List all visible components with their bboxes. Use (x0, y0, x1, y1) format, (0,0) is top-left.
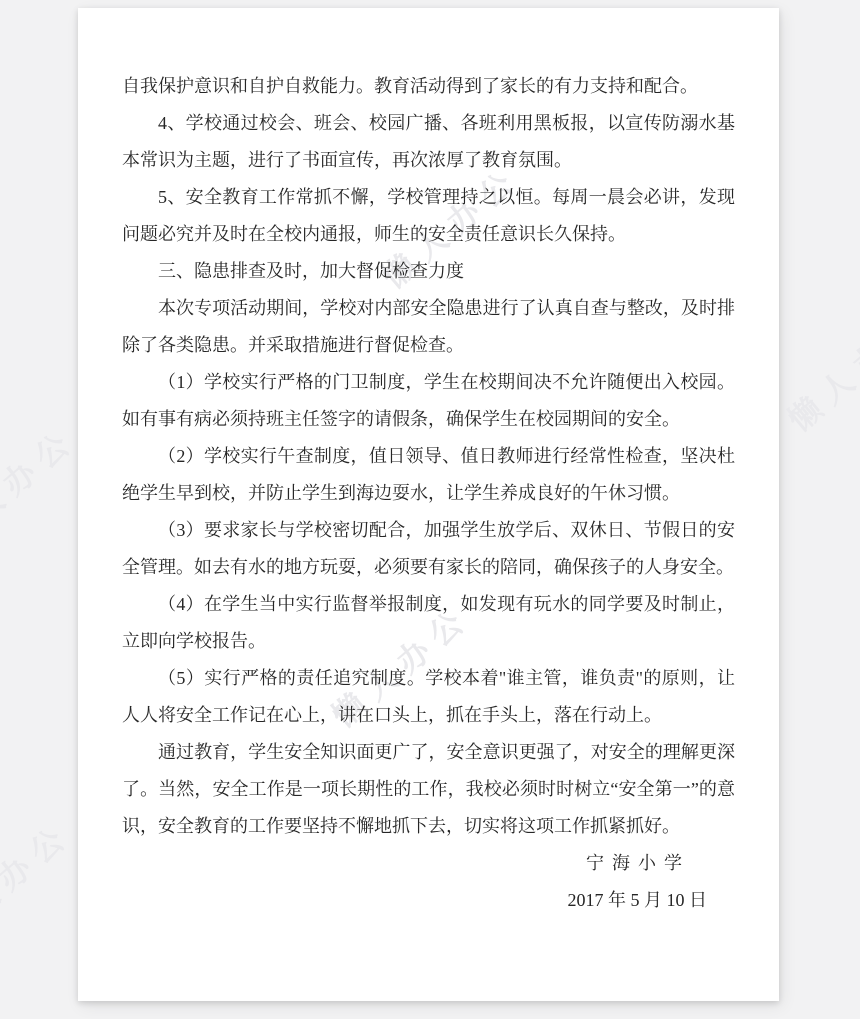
document-content: 自我保护意识和自护自救能力。教育活动得到了家长的有力支持和配合。 4、学校通过校… (78, 8, 779, 919)
paragraph: 自我保护意识和自护自救能力。教育活动得到了家长的有力支持和配合。 (122, 68, 735, 105)
paragraph: 4、学校通过校会、班会、校园广播、各班利用黑板报，以宣传防溺水基本常识为主题，进… (122, 105, 735, 179)
paragraph: （2）学校实行午查制度，值日领导、值日教师进行经常性检查，坚决杜绝学生早到校，并… (122, 438, 735, 512)
watermark: 懒人办公 (777, 297, 860, 440)
paragraph: （3）要求家长与学校密切配合，加强学生放学后、双休日、节假日的安全管理。如去有水… (122, 512, 735, 586)
document-page: 自我保护意识和自护自救能力。教育活动得到了家长的有力支持和配合。 4、学校通过校… (78, 8, 779, 1001)
watermark: 懒人办公 (0, 810, 80, 953)
signature-name: 宁海小学 (122, 845, 735, 882)
paragraph: （5）实行严格的责任追究制度。学校本着"谁主管，谁负责"的原则，让人人将安全工作… (122, 660, 735, 734)
paragraph: 5、安全教育工作常抓不懈，学校管理持之以恒。每周一晨会必讲，发现问题必究并及时在… (122, 179, 735, 253)
paragraph: 通过教育，学生安全知识面更广了，安全意识更强了，对安全的理解更深了。当然，安全工… (122, 734, 735, 845)
watermark: 懒人办公 (0, 415, 85, 558)
section-heading: 三、隐患排查及时，加大督促检查力度 (122, 253, 735, 290)
signature-date: 2017 年 5 月 10 日 (122, 882, 735, 919)
paragraph: （1）学校实行严格的门卫制度，学生在校期间决不允许随便出入校园。如有事有病必须持… (122, 364, 735, 438)
paragraph: 本次专项活动期间，学校对内部安全隐患进行了认真自查与整改，及时排除了各类隐患。并… (122, 290, 735, 364)
document-viewer-background: 自我保护意识和自护自救能力。教育活动得到了家长的有力支持和配合。 4、学校通过校… (0, 0, 860, 1019)
paragraph: （4）在学生当中实行监督举报制度，如发现有玩水的同学要及时制止，立即向学校报告。 (122, 586, 735, 660)
